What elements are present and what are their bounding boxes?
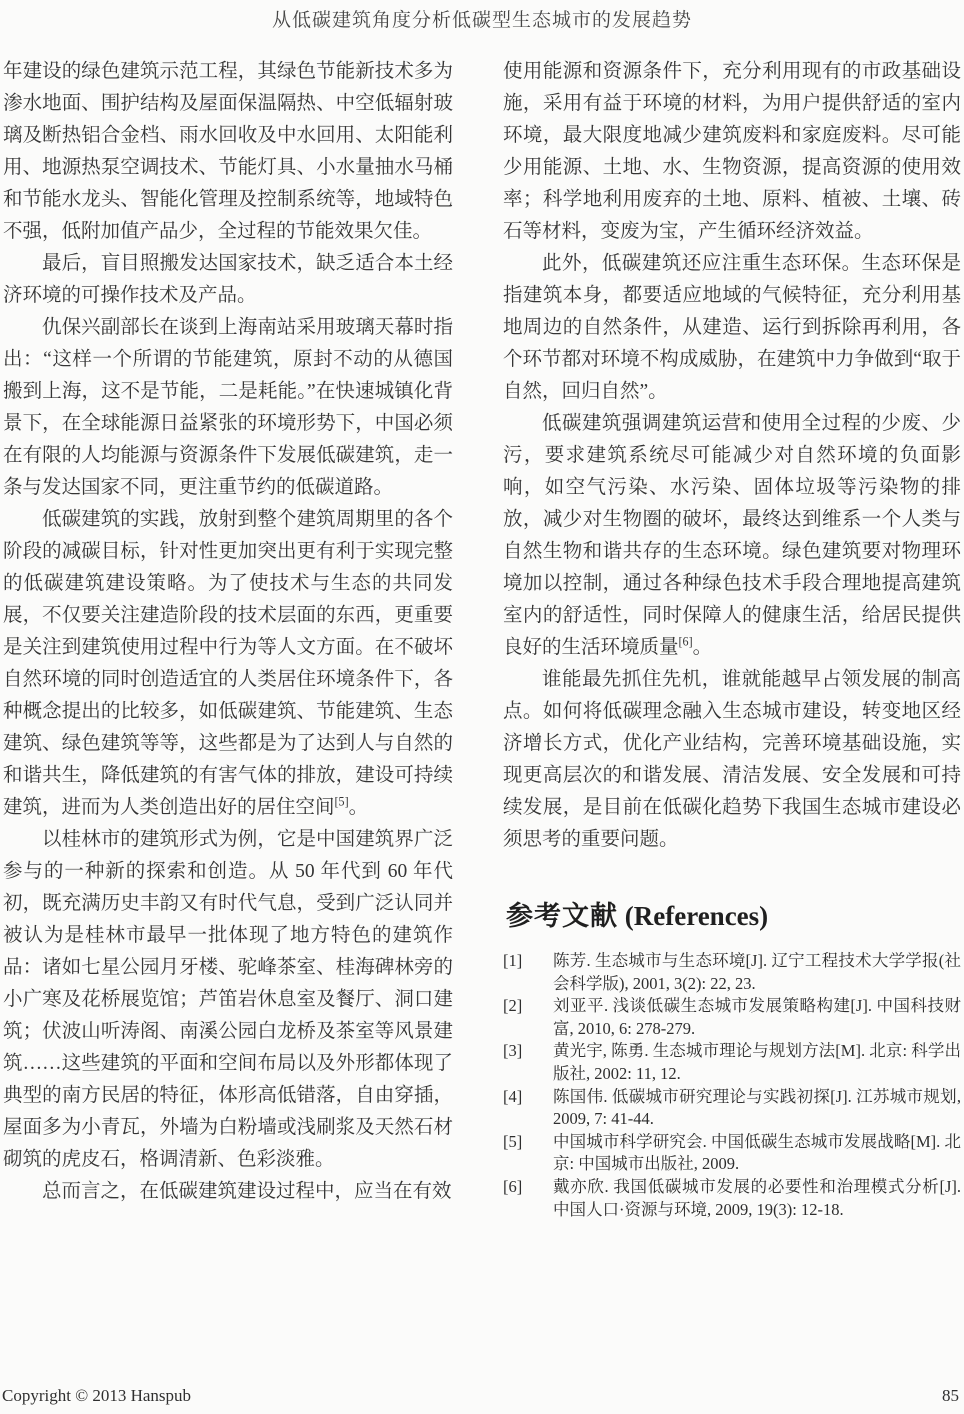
reference-item: [2]刘亚平. 浅谈低碳生态城市发展策略构建[J]. 中国科技财富, 2010,… bbox=[503, 995, 961, 1040]
reference-item: [1]陈芳. 生态城市与生态环境[J]. 辽宁工程技术大学学报(社会科学版), … bbox=[503, 950, 961, 995]
reference-text: 黄光宇, 陈勇. 生态城市理论与规划方法[M]. 北京: 科学出版社, 2002… bbox=[553, 1040, 961, 1085]
paragraph: 总而言之，在低碳建筑建设过程中，应当在有效 bbox=[3, 1176, 453, 1208]
paper-page: 从低碳建筑角度分析低碳型生态城市的发展趋势 年建设的绿色建筑示范工程，其绿色节能… bbox=[0, 0, 964, 1414]
references-heading-en-text: (References) bbox=[625, 901, 768, 931]
paragraph: 使用能源和资源条件下，充分利用现有的市政基础设施，采用有益于环境的材料，为用户提… bbox=[503, 56, 961, 248]
right-column: 使用能源和资源条件下，充分利用现有的市政基础设施，采用有益于环境的材料，为用户提… bbox=[503, 56, 961, 1221]
reference-number: [3] bbox=[503, 1040, 553, 1085]
paragraph: 谁能最先抓住先机，谁就能越早占领发展的制高点。如何将低碳理念融入生态城市建设，转… bbox=[503, 664, 961, 856]
paragraph: 低碳建筑的实践，放射到整个建筑周期里的各个阶段的减碳目标，针对性更加突出更有利于… bbox=[3, 504, 453, 824]
reference-item: [4]陈国伟. 低碳城市研究理论与实践初探[J]. 江苏城市规划, 2009, … bbox=[503, 1086, 961, 1131]
right-column-paragraphs: 使用能源和资源条件下，充分利用现有的市政基础设施，采用有益于环境的材料，为用户提… bbox=[503, 56, 961, 856]
reference-number: [4] bbox=[503, 1086, 553, 1131]
paragraph: 低碳建筑强调建筑运营和使用全过程的少废、少污，要求建筑系统尽可能减少对自然环境的… bbox=[503, 408, 961, 664]
reference-item: [3]黄光宇, 陈勇. 生态城市理论与规划方法[M]. 北京: 科学出版社, 2… bbox=[503, 1040, 961, 1085]
reference-number: [1] bbox=[503, 950, 553, 995]
reference-item: [6]戴亦欣. 我国低碳城市发展的必要性和治理模式分析[J]. 中国人口·资源与… bbox=[503, 1176, 961, 1221]
paragraph: 此外，低碳建筑还应注重生态环保。生态环保是指建筑本身，都要适应地域的气候特征，充… bbox=[503, 248, 961, 408]
references-list: [1]陈芳. 生态城市与生态环境[J]. 辽宁工程技术大学学报(社会科学版), … bbox=[503, 950, 961, 1221]
reference-text: 陈国伟. 低碳城市研究理论与实践初探[J]. 江苏城市规划, 2009, 7: … bbox=[553, 1086, 961, 1131]
paragraph: 仇保兴副部长在谈到上海南站采用玻璃天幕时指出：“这样一个所谓的节能建筑，原封不动… bbox=[3, 312, 453, 504]
page-number: 85 bbox=[942, 1386, 959, 1406]
paragraph: 最后，盲目照搬发达国家技术，缺乏适合本土经济环境的可操作技术及产品。 bbox=[3, 248, 453, 312]
reference-text: 刘亚平. 浅谈低碳生态城市发展策略构建[J]. 中国科技财富, 2010, 6:… bbox=[553, 995, 961, 1040]
copyright-text: Copyright © 2013 Hanspub bbox=[2, 1386, 191, 1406]
reference-number: [2] bbox=[503, 995, 553, 1040]
left-column: 年建设的绿色建筑示范工程，其绿色节能新技术多为渗水地面、围护结构及屋面保温隔热、… bbox=[3, 56, 453, 1221]
paragraph: 以桂林市的建筑形式为例，它是中国建筑界广泛参与的一种新的探索和创造。从 50 年… bbox=[3, 824, 453, 1176]
reference-text: 陈芳. 生态城市与生态环境[J]. 辽宁工程技术大学学报(社会科学版), 200… bbox=[553, 950, 961, 995]
references-section: 参考文献 (References) [1]陈芳. 生态城市与生态环境[J]. 辽… bbox=[503, 900, 961, 1221]
reference-text: 中国城市科学研究会. 中国低碳生态城市发展战略[M]. 北京: 中国城市出版社,… bbox=[553, 1131, 961, 1176]
paragraph: 年建设的绿色建筑示范工程，其绿色节能新技术多为渗水地面、围护结构及屋面保温隔热、… bbox=[3, 56, 453, 248]
references-heading: 参考文献 (References) bbox=[506, 900, 961, 933]
page-footer: Copyright © 2013 Hanspub 85 bbox=[2, 1386, 959, 1406]
paper-title: 从低碳建筑角度分析低碳型生态城市的发展趋势 bbox=[0, 5, 964, 32]
reference-item: [5]中国城市科学研究会. 中国低碳生态城市发展战略[M]. 北京: 中国城市出… bbox=[503, 1131, 961, 1176]
references-heading-zh: 参考文献 bbox=[506, 901, 618, 932]
reference-number: [5] bbox=[503, 1131, 553, 1176]
reference-number: [6] bbox=[503, 1176, 553, 1221]
text-columns: 年建设的绿色建筑示范工程，其绿色节能新技术多为渗水地面、围护结构及屋面保温隔热、… bbox=[3, 56, 961, 1221]
reference-text: 戴亦欣. 我国低碳城市发展的必要性和治理模式分析[J]. 中国人口·资源与环境,… bbox=[553, 1176, 961, 1221]
